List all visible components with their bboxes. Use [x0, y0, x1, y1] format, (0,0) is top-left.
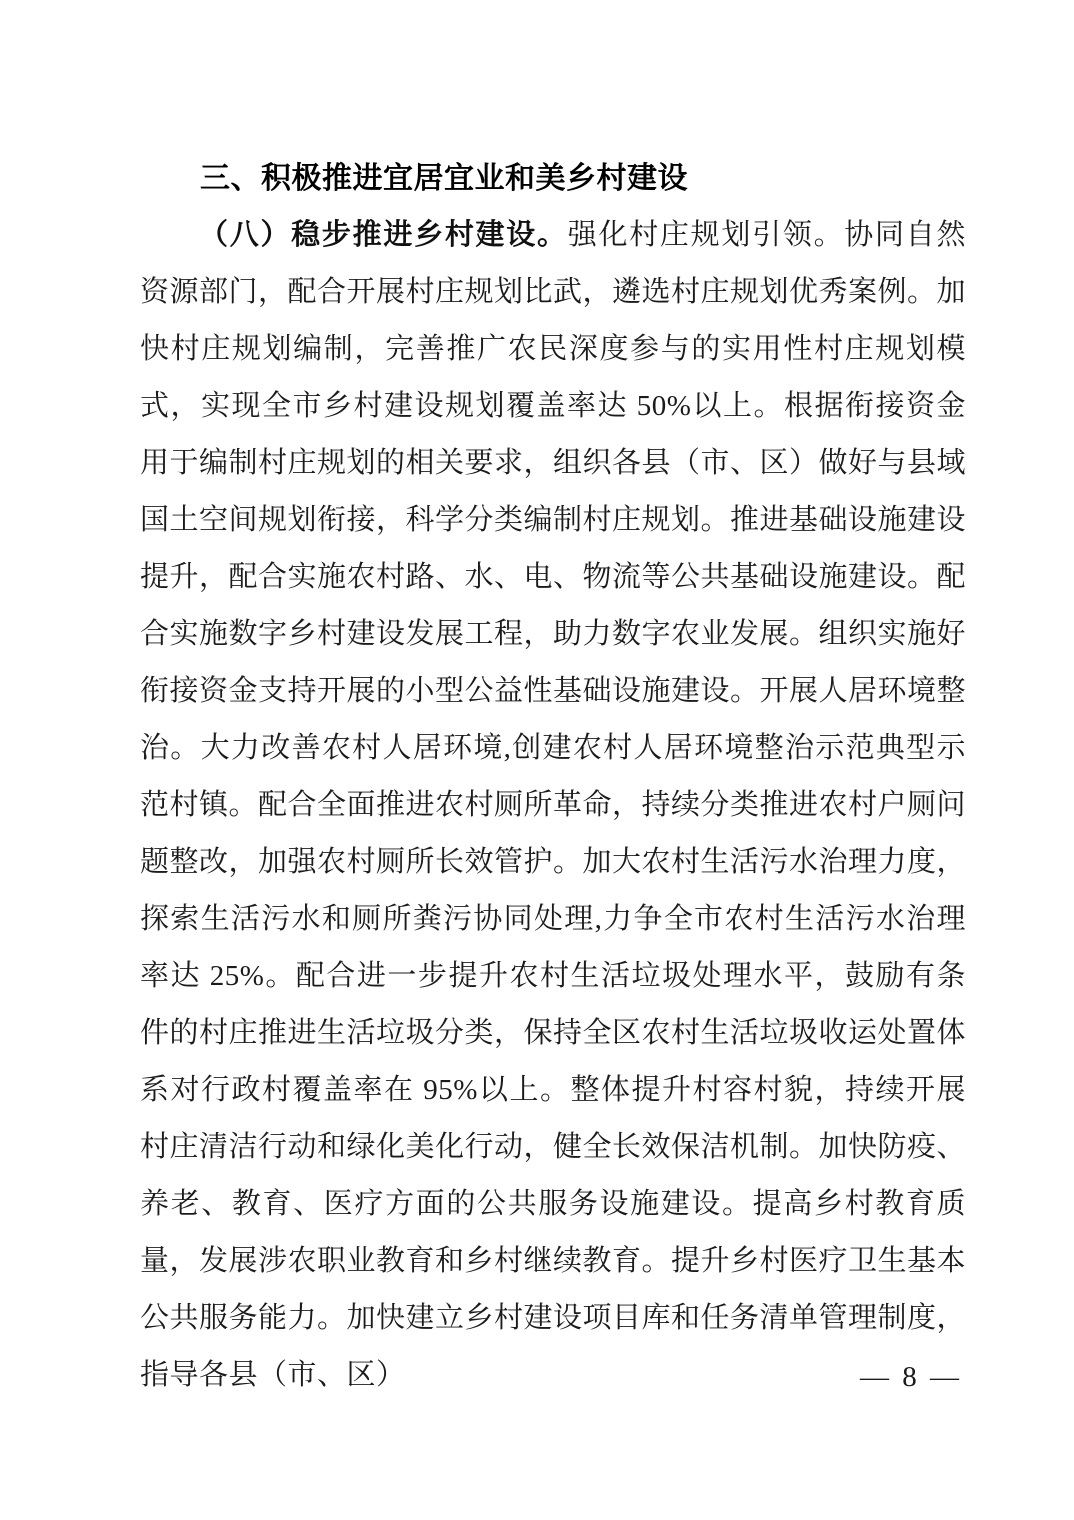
- page-number: — 8 —: [860, 1360, 962, 1394]
- document-content: 三、积极推进宜居宜业和美乡村建设 （八）稳步推进乡村建设。强化村庄规划引领。协同…: [140, 150, 966, 1404]
- paragraph-lead: （八）稳步推进乡村建设。: [199, 219, 568, 251]
- section-paragraph: （八）稳步推进乡村建设。强化村庄规划引领。协同自然资源部门，配合开展村庄规划比武…: [140, 207, 966, 1404]
- document-page: 三、积极推进宜居宜业和美乡村建设 （八）稳步推进乡村建设。强化村庄规划引领。协同…: [0, 0, 1074, 1520]
- paragraph-body: 强化村庄规划引领。协同自然资源部门，配合开展村庄规划比武，遴选村庄规划优秀案例。…: [140, 219, 966, 1391]
- section-heading: 三、积极推进宜居宜业和美乡村建设: [140, 150, 966, 207]
